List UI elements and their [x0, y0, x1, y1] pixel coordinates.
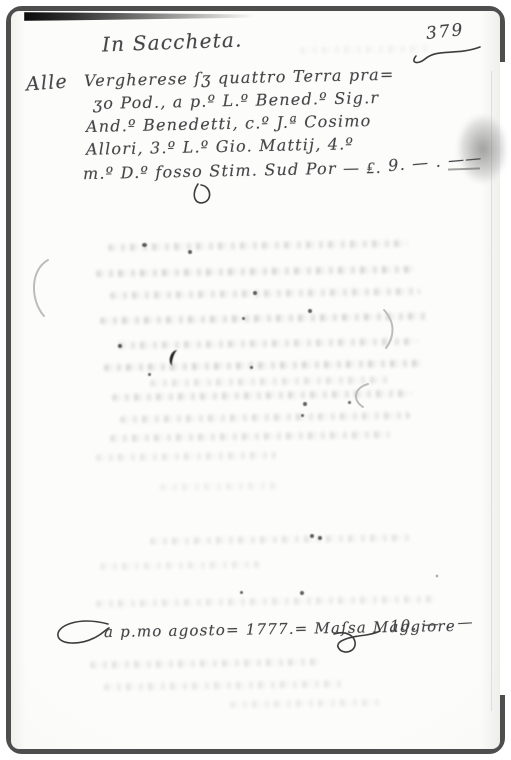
manuscript-scan: In Saccheta. 379 Alle Vergherese ſʒ quat… [0, 0, 511, 760]
ink-speck [240, 591, 243, 594]
ink-speck [436, 575, 438, 577]
ink-speck [308, 309, 312, 313]
stray-curl-left [28, 258, 54, 320]
ink-speck [142, 243, 147, 247]
ink-speck [250, 366, 253, 369]
ink-speck [188, 250, 192, 254]
stray-curl-right [350, 382, 372, 410]
ink-speck [253, 291, 257, 295]
ink-speck [318, 536, 322, 540]
ink-speck [300, 591, 304, 595]
section-heading: In Saccheta. [102, 28, 243, 57]
stray-paren-right [382, 308, 398, 350]
margin-note: Alle [25, 71, 68, 96]
folio-underline-flourish [408, 40, 484, 66]
ink-speck [310, 534, 314, 538]
descender-loop-flourish [190, 182, 216, 208]
ink-speck [242, 317, 245, 320]
ink-speck [118, 344, 122, 348]
ink-smudge [450, 104, 506, 204]
footer-tail-flourish [330, 628, 382, 658]
ink-speck [301, 414, 304, 417]
ink-speck [303, 402, 307, 406]
ink-speck [148, 373, 151, 376]
